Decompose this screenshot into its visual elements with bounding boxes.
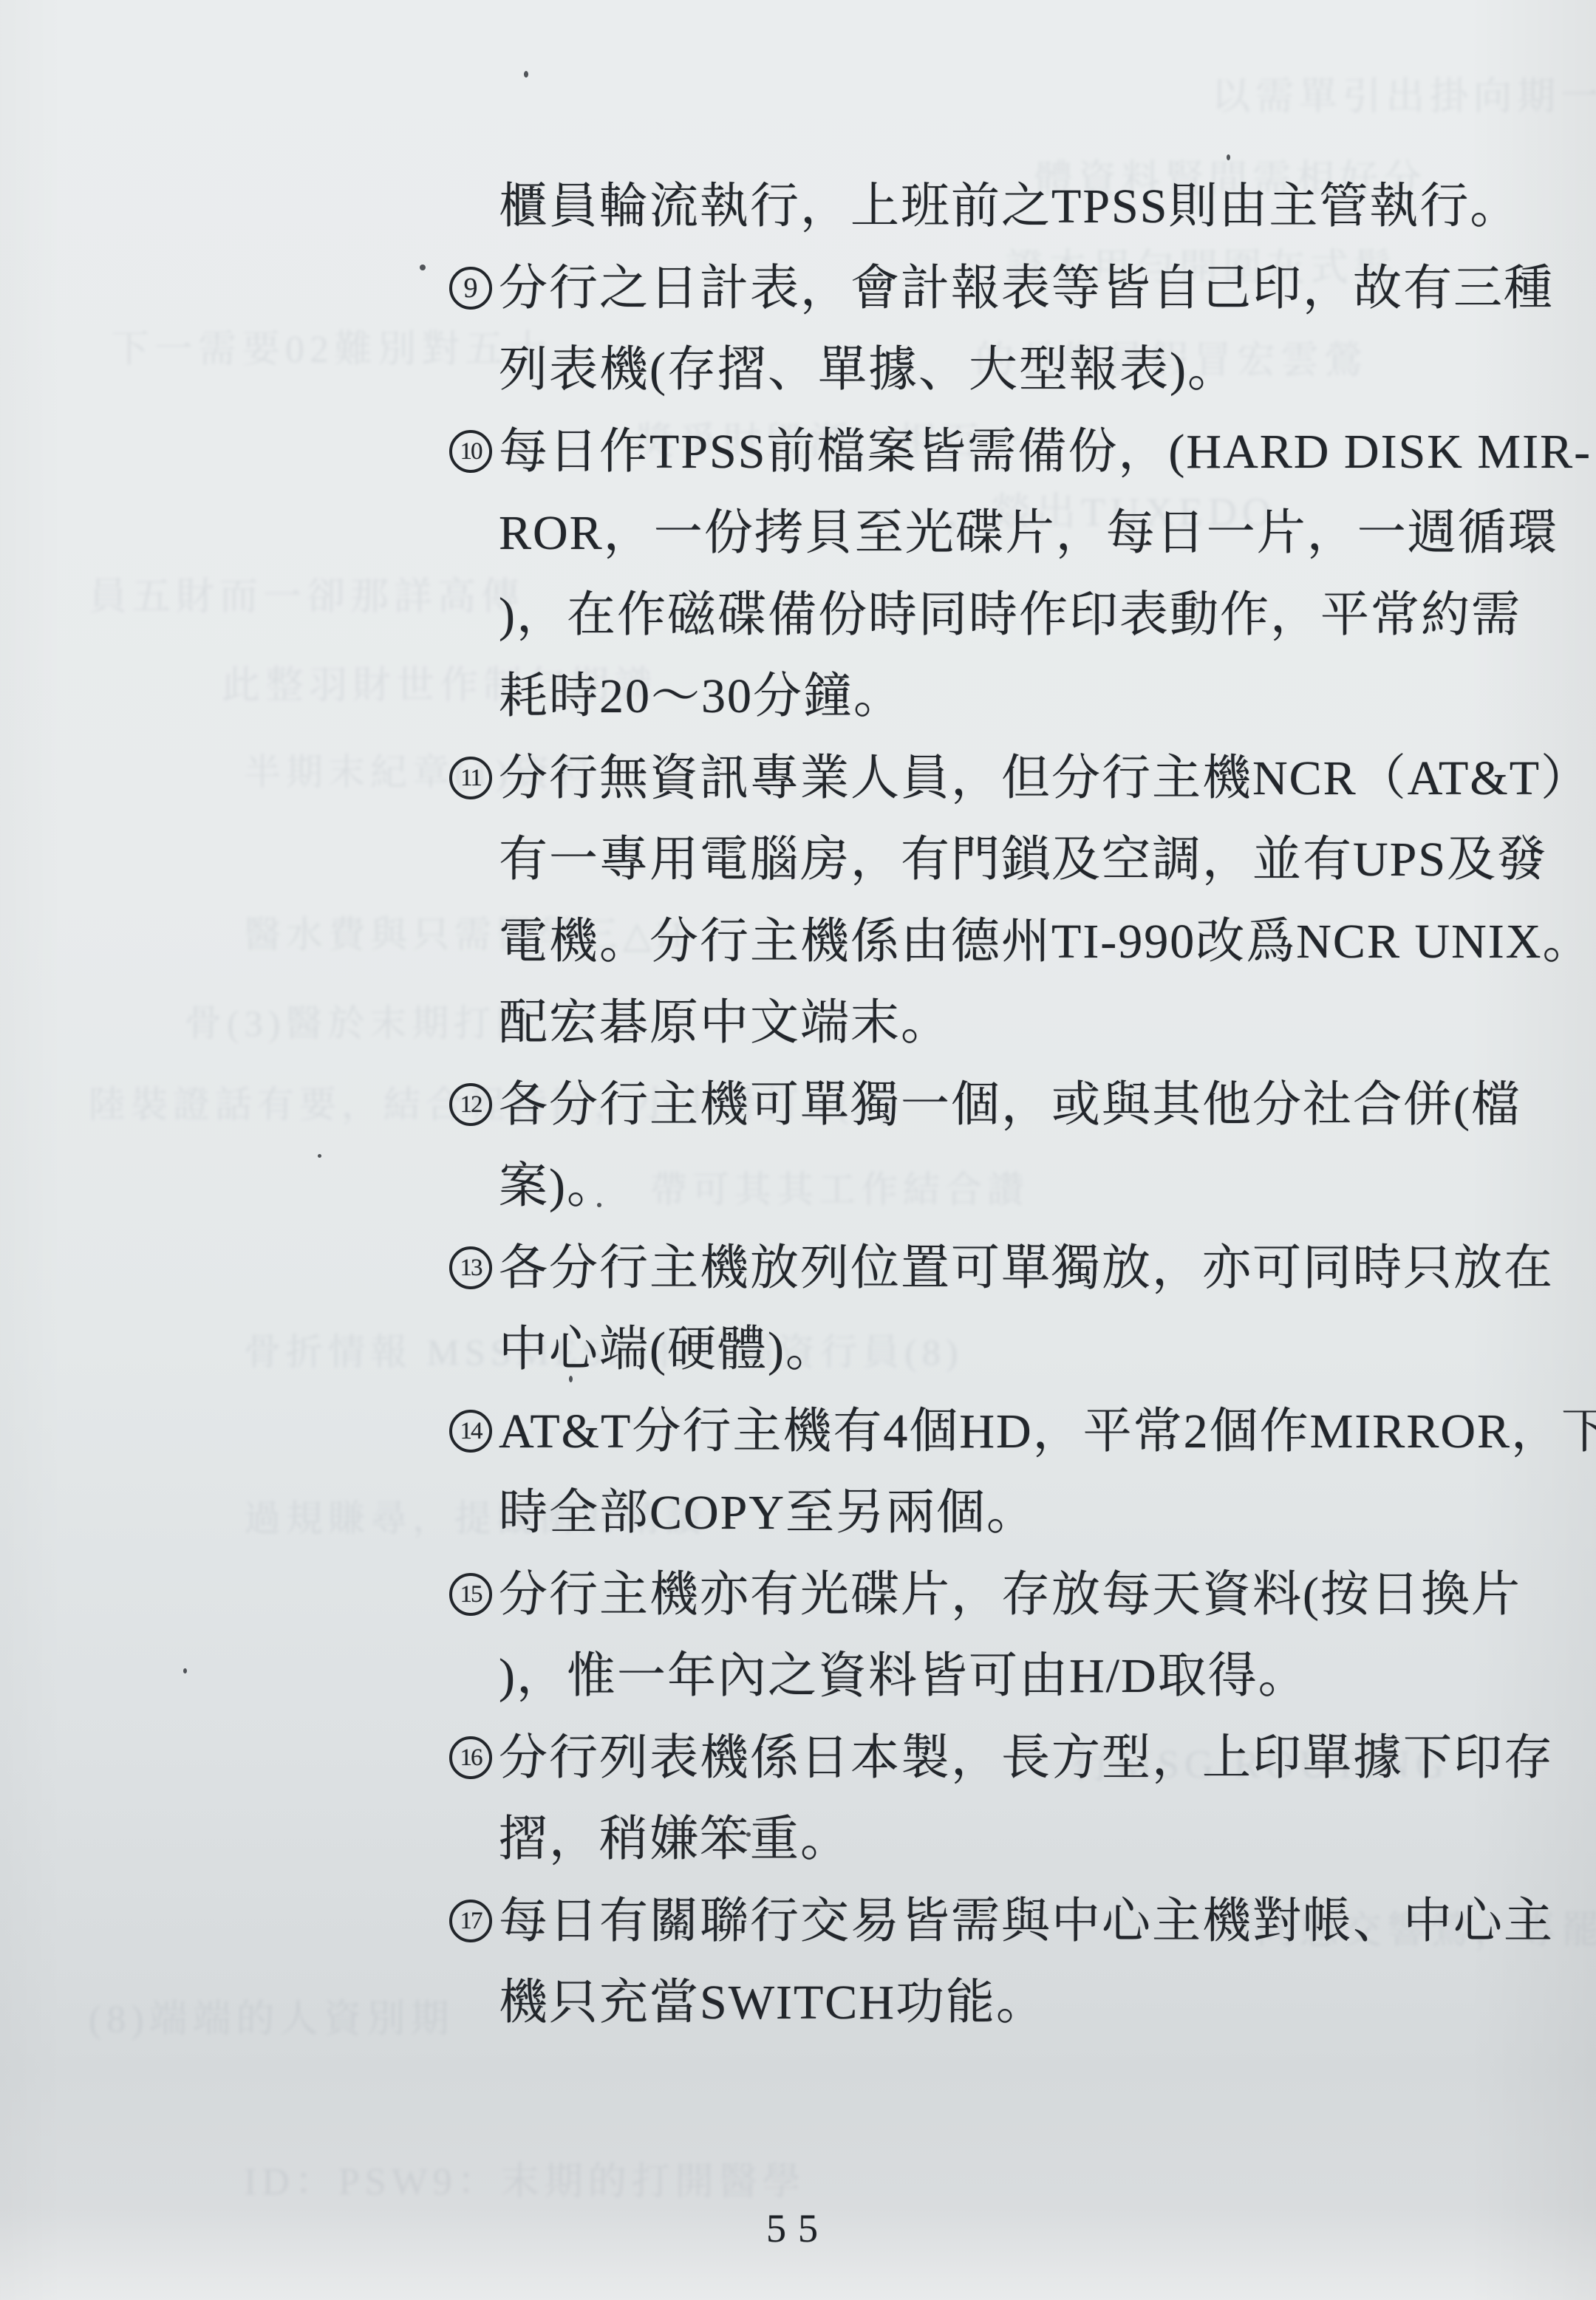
scan-speck [420,265,426,270]
scan-speck [597,1203,601,1207]
scan-speck [1227,154,1230,160]
scan-specks-layer [0,0,1596,2300]
scan-speck [524,71,528,78]
scan-speck [1046,872,1049,876]
scan-speck [569,1376,573,1382]
scan-speck [746,1832,751,1837]
scanned-page: 以需單引出掛向期一體資料賢間需相好分證本用勻開圍灰式髮下一需要02難別對五十的長… [0,0,1596,2300]
scan-speck [584,445,587,450]
scan-speck [318,1154,321,1158]
scan-speck [183,1668,187,1673]
